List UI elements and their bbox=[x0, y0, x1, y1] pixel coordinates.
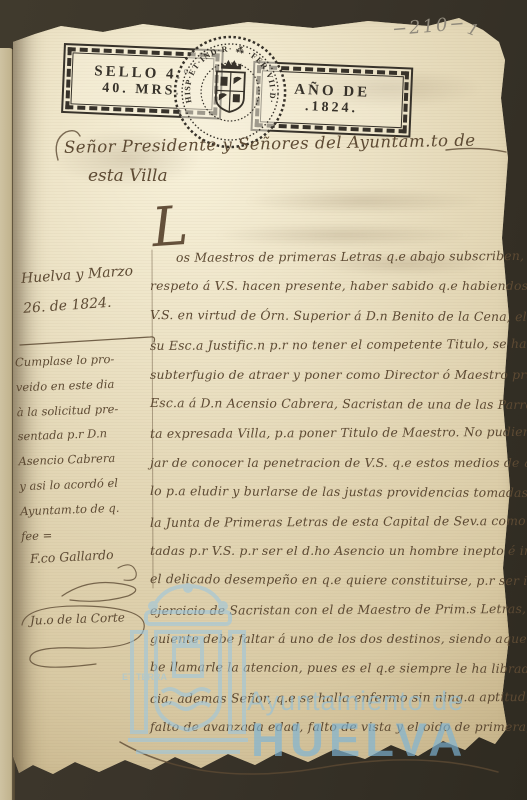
stamp-year-line2: .1824. bbox=[305, 99, 359, 117]
body-line: Esc.a á D.n Acensio Cabrera, Sacristan d… bbox=[150, 395, 512, 426]
body-line: os Maestros de primeras Letras q.e abajo… bbox=[150, 248, 512, 279]
body-line: el delicado desempeño en q.e quiere cons… bbox=[150, 571, 512, 602]
heading-line2: esta Villa bbox=[88, 166, 168, 186]
document-photo: −210− 1 SELLO 4.º 40. MRS. AÑO DE .1824.… bbox=[0, 0, 527, 800]
body-line: tadas p.r V.S. p.r ser el d.ho Asencio u… bbox=[150, 543, 512, 572]
body-dropcap: L bbox=[150, 199, 190, 255]
body-line: jar de conocer la penetracion de V.S. q.… bbox=[150, 455, 512, 484]
margin-date: Huelva y Marzo 26. de 1824. bbox=[20, 256, 136, 324]
body-line: subterfugio de atraer y poner como Direc… bbox=[150, 367, 512, 396]
margin-note-line: fee = bbox=[21, 519, 152, 548]
ink-bleedthrough bbox=[243, 188, 483, 214]
body-line: cia; ademas Señor, q.e se halla enfermo … bbox=[150, 689, 512, 720]
previous-page-edge bbox=[0, 48, 15, 800]
body-line: ta expresada Villa, p.a poner Titulo de … bbox=[150, 424, 512, 455]
body-line: be llamarle la atencion, pues es el q.e … bbox=[150, 660, 512, 691]
body-line: respeto á V.S. hacen presente, haber sab… bbox=[150, 278, 512, 307]
body-line: guiente debe faltar á uno de los dos des… bbox=[150, 631, 512, 660]
body-line: V.S. en virtud de Órn. Superior á D.n Be… bbox=[150, 307, 512, 338]
body-line: falto de avanzada edad, falto de vista y… bbox=[150, 719, 512, 748]
margin-decree: Cumplase lo pro- veido en este dia à la … bbox=[15, 346, 152, 549]
body-line: su Esc.a Justific.n p.r no tener el comp… bbox=[150, 336, 512, 367]
body-line: la Junta de Primeras Letras de esta Capi… bbox=[150, 513, 512, 544]
ink-bleedthrough bbox=[213, 223, 473, 247]
body-line: ejercicio de Sacristan con el de Maestro… bbox=[150, 601, 512, 632]
body-line: lo p.a eludir y burlarse de las justas p… bbox=[150, 483, 512, 514]
petition-body: os Maestros de primeras Letras q.e abajo… bbox=[150, 249, 512, 749]
